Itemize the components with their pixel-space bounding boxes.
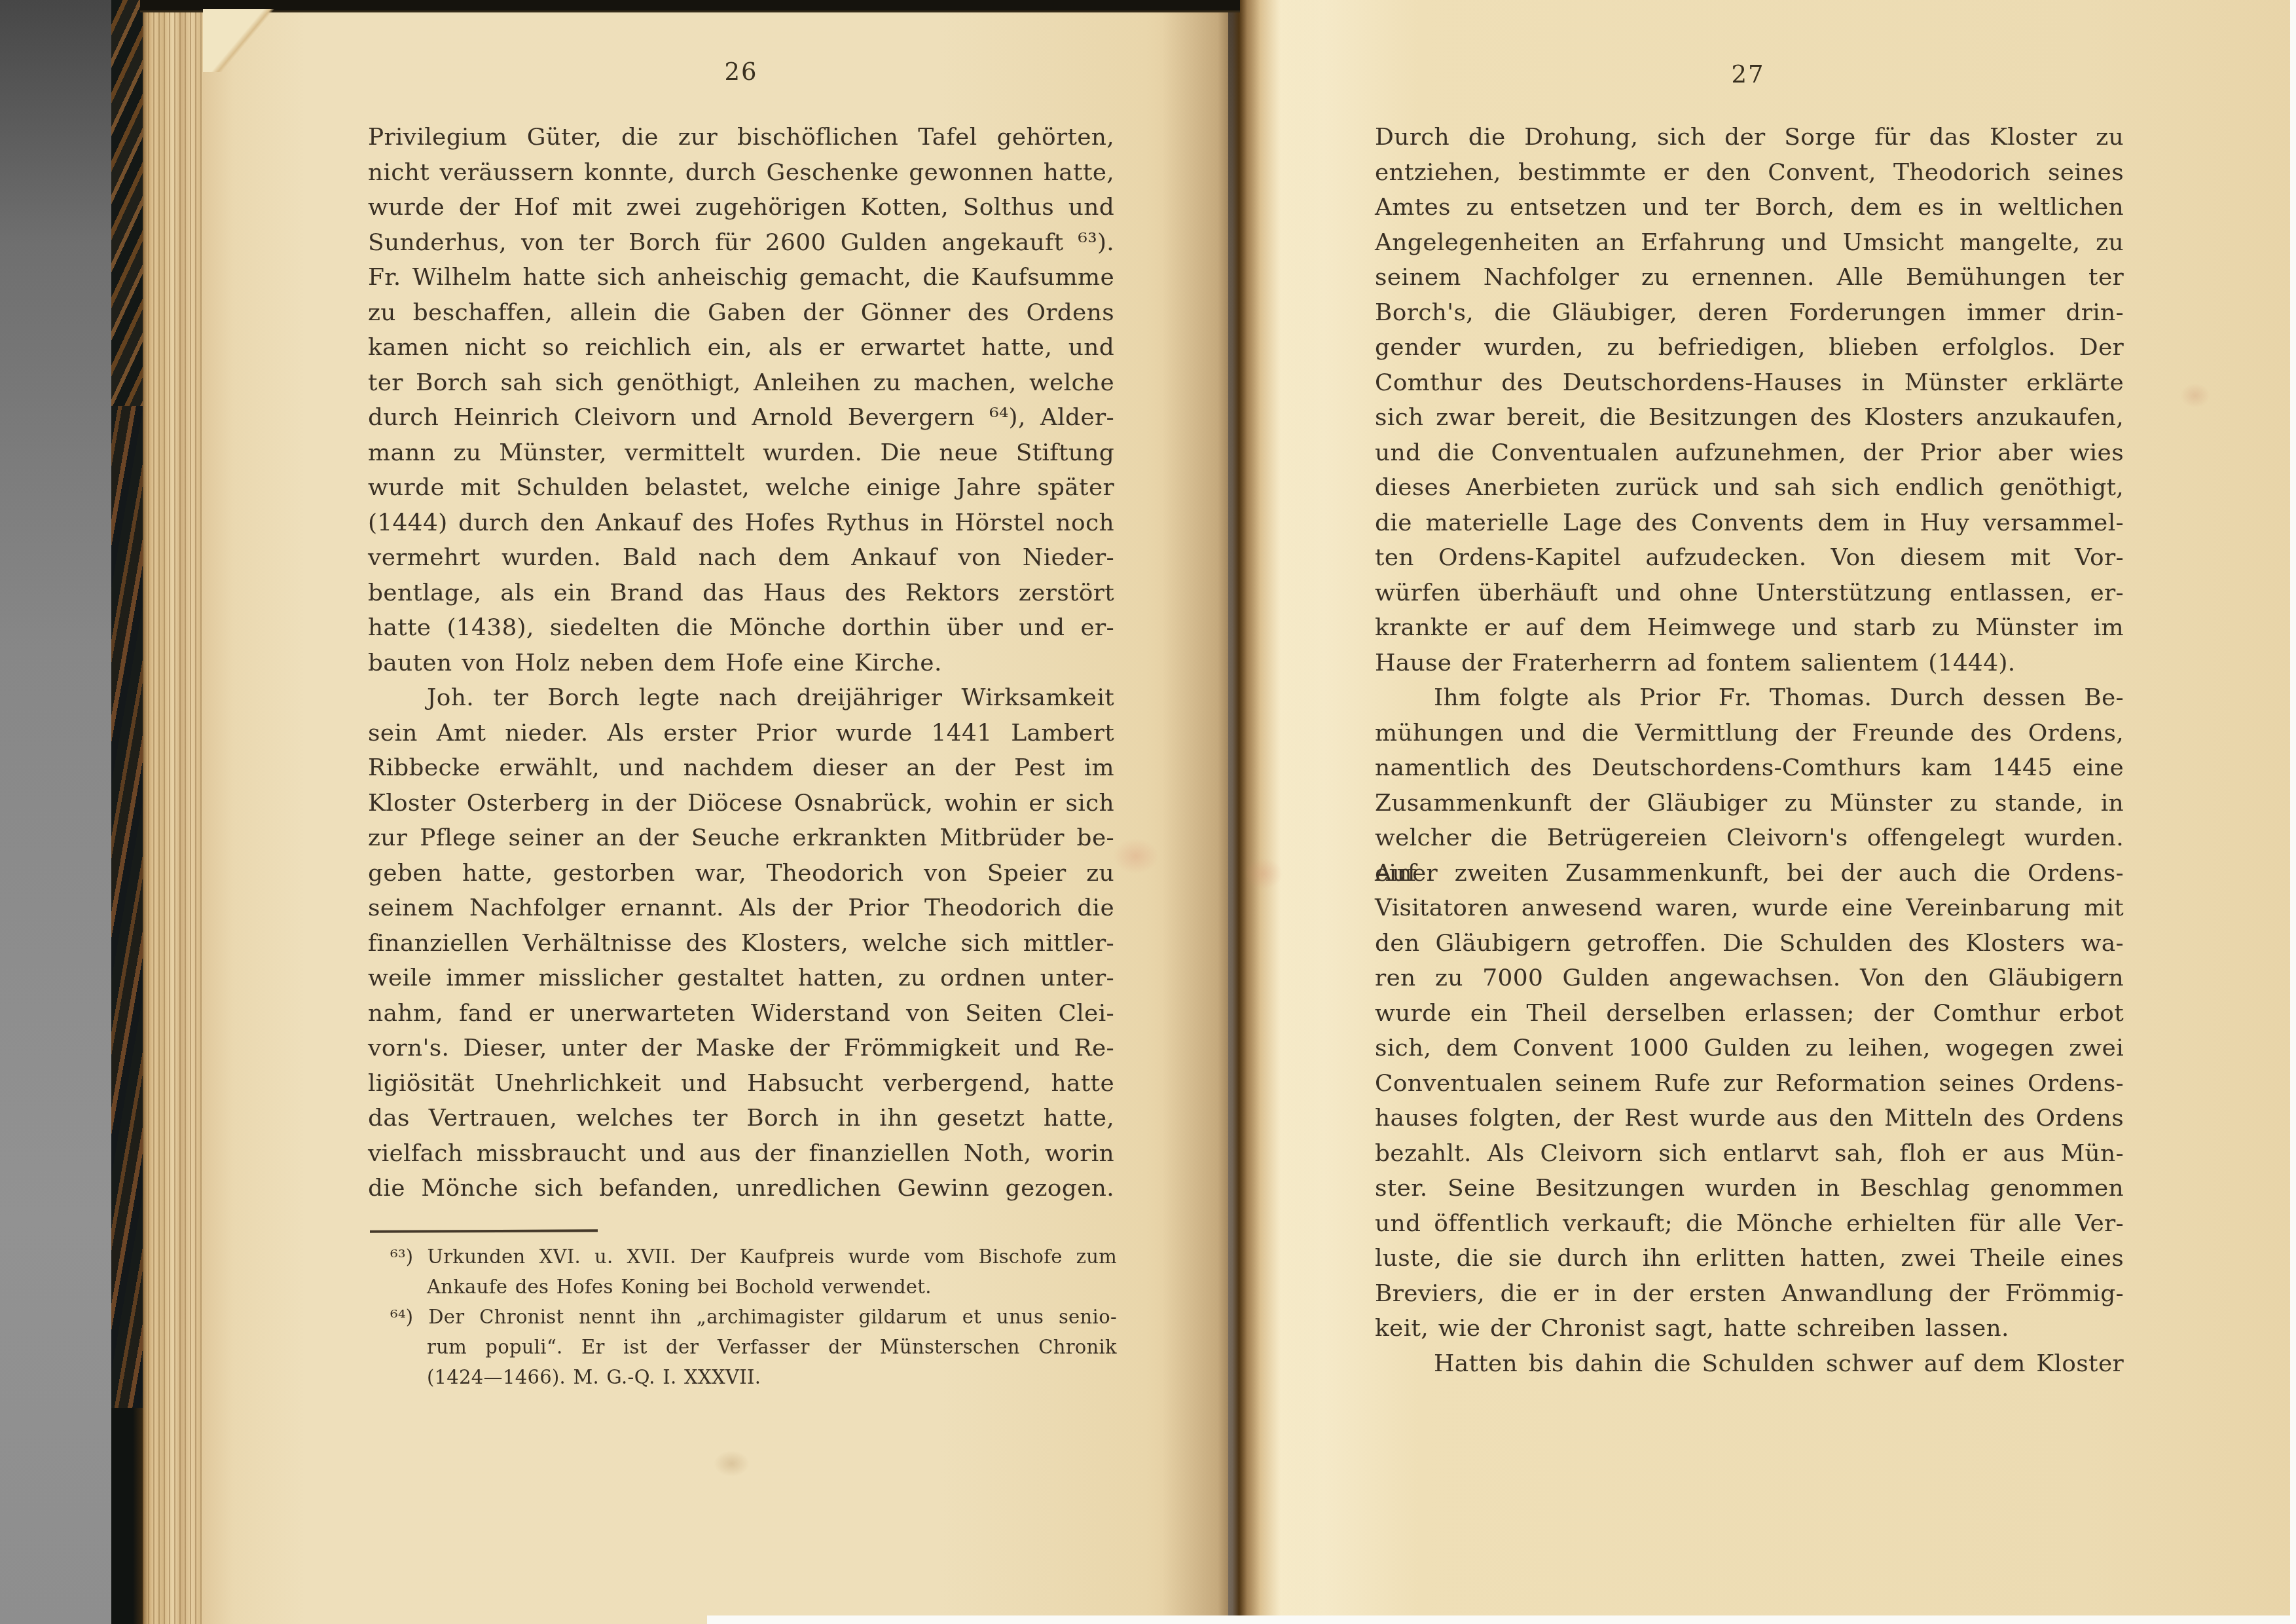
page-number-right: 27 <box>1375 60 2121 88</box>
right-page-body-text: Durch die Drohung, sich der Sorge für da… <box>1375 120 2124 1381</box>
footnote-line: ⁶⁴) Der Chronist nennt ihn „archimagiste… <box>390 1302 1117 1332</box>
text-line: zu beschaffen, allein die Gaben der Gönn… <box>368 295 1114 331</box>
text-line: Durch die Drohung, sich der Sorge für da… <box>1375 120 2124 155</box>
text-line: gender wurden, zu befriedigen, blieben e… <box>1375 330 2124 365</box>
footnote-line: rum populi“. Er ist der Verfasser der Mü… <box>390 1332 1117 1362</box>
text-line: vorn's. Dieser, unter der Maske der Fröm… <box>368 1031 1114 1066</box>
text-line: welcher die Betrügereien Cleivorn's offe… <box>1375 821 2124 856</box>
text-line: wurde ein Theil derselben erlassen; der … <box>1375 996 2124 1031</box>
scanned-book-spread: 26 Privilegium Güter, die zur bischöflic… <box>0 0 2296 1624</box>
text-line: ster. Seine Besitzungen wurden in Beschl… <box>1375 1171 2124 1206</box>
text-line: bezahlt. Als Cleivorn sich entlarvt sah,… <box>1375 1136 2124 1172</box>
left-page-body-text: Privilegium Güter, die zur bischöflichen… <box>368 120 1114 1206</box>
text-line: ligiösität Unehrlichkeit und Habsucht ve… <box>368 1066 1114 1101</box>
text-line: seinem Nachfolger ernannt. Als der Prior… <box>368 891 1114 926</box>
text-line: sich, dem Convent 1000 Gulden zu leihen,… <box>1375 1031 2124 1066</box>
text-line: mühungen und die Vermittlung der Freunde… <box>1375 716 2124 751</box>
scan-edge-bottom <box>707 1615 2296 1624</box>
text-line: Amtes zu entsetzen und ter Borch, dem es… <box>1375 190 2124 225</box>
text-line: entziehen, bestimmte er den Convent, The… <box>1375 155 2124 191</box>
text-line: Ribbecke erwählt, und nachdem dieser an … <box>368 750 1114 786</box>
text-line: ren zu 7000 Gulden angewachsen. Von den … <box>1375 961 2124 996</box>
text-line: bentlage, als ein Brand das Haus des Rek… <box>368 576 1114 611</box>
text-line: und die Conventualen aufzunehmen, der Pr… <box>1375 435 2124 471</box>
text-line: Zusammenkunft der Gläubiger zu Münster z… <box>1375 786 2124 821</box>
spine-gutter-shadow <box>1162 0 1326 1624</box>
text-line: dieses Anerbieten zurück und sah sich en… <box>1375 470 2124 506</box>
text-line: Privilegium Güter, die zur bischöflichen… <box>368 120 1114 155</box>
text-line: das Vertrauen, welches ter Borch in ihn … <box>368 1101 1114 1136</box>
text-line: Visitatoren anwesend waren, wurde eine V… <box>1375 891 2124 926</box>
text-line: hauses folgten, der Rest wurde aus den M… <box>1375 1101 2124 1136</box>
text-line: vermehrt wurden. Bald nach dem Ankauf vo… <box>368 540 1114 576</box>
footnote-line: (1424—1466). M. G.-Q. I. XXXVII. <box>390 1362 1117 1392</box>
text-line: seinem Nachfolger zu ernennen. Alle Bemü… <box>1375 260 2124 295</box>
text-line: finanziellen Verhältnisse des Klosters, … <box>368 926 1114 961</box>
text-line: sich zwar bereit, die Besitzungen des Kl… <box>1375 400 2124 435</box>
text-line: luste, die sie durch ihn erlitten hatten… <box>1375 1241 2124 1276</box>
text-line: Hatten bis dahin die Schulden schwer auf… <box>1375 1346 2124 1382</box>
text-line: krankte er auf dem Heimwege und starb zu… <box>1375 610 2124 646</box>
text-line: würfen überhäuft und ohne Unterstützung … <box>1375 576 2124 611</box>
text-line: Sunderhus, von ter Borch für 2600 Gulden… <box>368 225 1114 261</box>
text-line: Fr. Wilhelm hatte sich anheischig gemach… <box>368 260 1114 295</box>
text-line: ten Ordens-Kapitel aufzudecken. Von dies… <box>1375 540 2124 576</box>
text-line: die materielle Lage des Convents dem in … <box>1375 506 2124 541</box>
text-line: Kloster Osterberg in der Diöcese Osnabrü… <box>368 786 1114 821</box>
footnote-line: Ankaufe des Hofes Koning bei Bochold ver… <box>390 1272 1117 1302</box>
text-line: geben hatte, gestorben war, Theodorich v… <box>368 856 1114 891</box>
text-line: weile immer misslicher gestaltet hatten,… <box>368 961 1114 996</box>
text-line: hatte (1438), siedelten die Mönche dorth… <box>368 610 1114 646</box>
text-line: vielfach missbraucht und aus der finanzi… <box>368 1136 1114 1172</box>
text-line: mann zu Münster, vermittelt wurden. Die … <box>368 435 1114 471</box>
text-line: die Mönche sich befanden, unredlichen Ge… <box>368 1171 1114 1206</box>
scan-edge-right <box>2290 0 2296 1624</box>
text-line: Breviers, die er in der ersten Anwandlun… <box>1375 1276 2124 1312</box>
text-line: bauten von Holz neben dem Hofe eine Kirc… <box>368 646 1114 681</box>
text-line: nicht veräussern konnte, durch Geschenke… <box>368 155 1114 191</box>
text-line: ter Borch sah sich genöthigt, Anleihen z… <box>368 365 1114 401</box>
text-line: Borch's, die Gläubiger, deren Forderunge… <box>1375 295 2124 331</box>
text-line: wurde der Hof mit zwei zugehörigen Kotte… <box>368 190 1114 225</box>
text-line: nahm, fand er unerwarteten Widerstand vo… <box>368 996 1114 1031</box>
text-line: Joh. ter Borch legte nach dreijähriger W… <box>368 680 1114 716</box>
book-top-edge <box>140 0 1240 12</box>
text-line: einer zweiten Zusammenkunft, bei der auc… <box>1375 856 2124 891</box>
text-line: zur Pflege seiner an der Seuche erkrankt… <box>368 821 1114 856</box>
dog-ear-fold <box>203 9 288 72</box>
text-line: kamen nicht so reichlich ein, als er erw… <box>368 330 1114 365</box>
text-line: sein Amt nieder. Als erster Prior wurde … <box>368 716 1114 751</box>
text-line: Angelegenheiten an Erfahrung und Umsicht… <box>1375 225 2124 261</box>
text-line: Hause der Fraterherrn ad fontem saliente… <box>1375 646 2124 681</box>
page-number-left: 26 <box>368 58 1114 86</box>
text-line: namentlich des Deutschordens-Comthurs ka… <box>1375 750 2124 786</box>
text-line: den Gläubigern getroffen. Die Schulden d… <box>1375 926 2124 961</box>
text-line: wurde mit Schulden belastet, welche eini… <box>368 470 1114 506</box>
text-line: und öffentlich verkauft; die Mönche erhi… <box>1375 1206 2124 1242</box>
text-line: keit, wie der Chronist sagt, hatte schre… <box>1375 1311 2124 1346</box>
text-line: durch Heinrich Cleivorn und Arnold Bever… <box>368 400 1114 435</box>
text-line: Comthur des Deutschordens-Hauses in Müns… <box>1375 365 2124 401</box>
left-page-footnotes: ⁶³) Urkunden XVI. u. XVII. Der Kaufpreis… <box>390 1242 1117 1392</box>
text-line: Ihm folgte als Prior Fr. Thomas. Durch d… <box>1375 680 2124 716</box>
text-line: (1444) durch den Ankauf des Hofes Rythus… <box>368 506 1114 541</box>
text-line: Conventualen seinem Rufe zur Reformation… <box>1375 1066 2124 1101</box>
page-edge-stack <box>143 0 206 1624</box>
footnote-line: ⁶³) Urkunden XVI. u. XVII. Der Kaufpreis… <box>390 1242 1117 1272</box>
